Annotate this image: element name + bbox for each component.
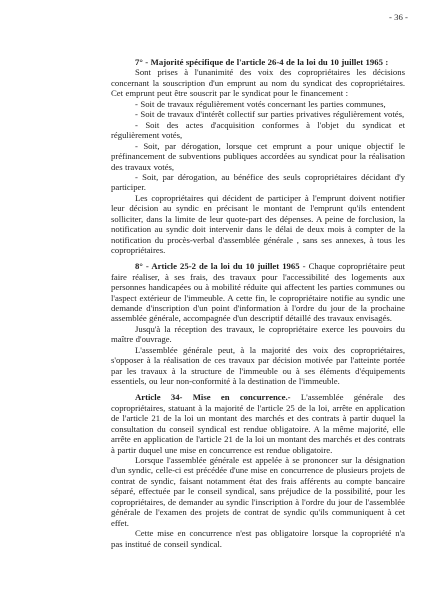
document-content: 7° - Majorité spécifique de l'article 26…	[111, 57, 405, 549]
section-8-paragraph-2: Jusqu'à la réception des travaux, le cop…	[111, 324, 405, 345]
list-item: - Soit, par dérogation, lorsque cet empr…	[111, 141, 405, 172]
section-8-paragraph: 8° - Article 25-2 de la loi du 10 juille…	[111, 261, 405, 324]
list-item: - Soit de travaux d'intérêt collectif su…	[111, 109, 405, 119]
section-7-notification-paragraph: Les copropriétaires qui décident de part…	[111, 193, 405, 256]
article-34-paragraph-3: Cette mise en concurrence n'est pas obli…	[111, 528, 405, 549]
section-8-lead: 8° - Article 25-2 de la loi du 10 juille…	[135, 261, 300, 271]
page-number: - 36 -	[389, 12, 408, 22]
article-34-lead: Article 34- Mise en concurrence.-	[135, 392, 291, 402]
document-page: - 36 - 7° - Majorité spécifique de l'art…	[0, 0, 423, 598]
section-7-intro-paragraph: Sont prises à l'unanimité des voix des c…	[111, 67, 405, 98]
section-7-heading: 7° - Majorité spécifique de l'article 26…	[111, 57, 405, 67]
list-item: - Soit des actes d'acquisition conformes…	[111, 120, 405, 141]
list-item: - Soit de travaux régulièrement votés co…	[111, 99, 405, 109]
article-34-paragraph: Article 34- Mise en concurrence.- L'asse…	[111, 392, 405, 455]
section-8-paragraph-3: L'assemblée générale peut, à la majorité…	[111, 345, 405, 387]
article-34-paragraph-2: Lorsque l'assemblée générale est appelée…	[111, 455, 405, 528]
list-item: - Soit, par dérogation, au bénéfice des …	[111, 172, 405, 193]
